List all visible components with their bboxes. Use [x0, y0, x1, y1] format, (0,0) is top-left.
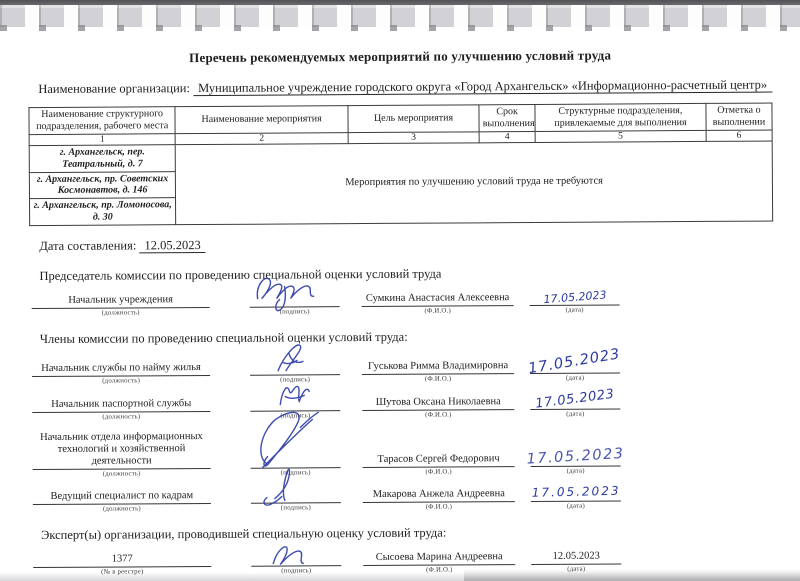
signature-caption: (подпись) — [280, 412, 310, 419]
name-value: Гуськова Римма Владимировна — [362, 360, 514, 375]
position-caption: (должность) — [102, 413, 140, 420]
date-caption: (дата) — [566, 375, 584, 382]
date-field: 17.05.2023 (дата) — [531, 486, 621, 510]
header-cell-measure: Наименование мероприятия — [175, 106, 348, 134]
position-value: Начальник отдела информационных технолог… — [32, 431, 210, 470]
document-title: Перечень рекомендуемых мероприятий по ул… — [0, 46, 800, 67]
document-page: Перечень рекомендуемых мероприятий по ул… — [0, 29, 800, 576]
compilation-date-line: Дата составления: 12.05.2023 — [39, 234, 800, 254]
date-field: 17.05.2023 (дата) — [531, 448, 621, 475]
member-signature-row: Начальник службы по найму жилья (должнос… — [32, 354, 800, 385]
handwritten-date: 17.05.2023 — [526, 445, 625, 467]
signature-caption: (подпись) — [281, 504, 311, 511]
position-value: Начальник службы по найму жилья — [32, 362, 210, 377]
binding-comb-hooks — [0, 25, 800, 31]
name-value: Макарова Анжела Андреевна — [363, 488, 515, 503]
position-caption: (должность) — [102, 378, 140, 385]
handwritten-date: 17.05.2023 — [535, 388, 616, 413]
binding-comb — [0, 0, 800, 34]
position-field: Начальник паспортной службы (должность) — [32, 398, 210, 421]
date-caption: (дата) — [566, 411, 584, 418]
signature-field: (подпись) — [251, 489, 341, 512]
header-cell-subdivision: Наименование структурного подразделения,… — [29, 107, 176, 134]
column-number: 6 — [706, 130, 772, 142]
name-caption: (Ф.И.О.) — [424, 308, 450, 315]
organization-name: Муниципальное учреждение городского окру… — [193, 78, 772, 97]
signature-caption: (подпись) — [281, 470, 311, 477]
member-signature-row: Начальник паспортной службы (должность) … — [32, 391, 800, 421]
date-caption: (дата) — [566, 307, 584, 314]
compilation-date-value: 12.05.2023 — [139, 238, 205, 253]
location-cell: г. Архангельск, пр. Ломоносова, д. 30 — [30, 198, 177, 225]
date-field: 17.05.2023 (дата) — [530, 355, 620, 382]
name-value: Тарасов Сергей Федорович — [363, 453, 515, 468]
chairman-heading: Председатель комиссии по проведению спец… — [39, 264, 800, 284]
compilation-date-label: Дата составления: — [39, 238, 136, 253]
signature-caption: (подпись) — [280, 376, 310, 383]
date-caption: (дата) — [567, 503, 585, 510]
name-field: Тарасов Сергей Федорович (Ф.И.О.) — [363, 453, 515, 476]
header-cell-involved: Структурные подразделения, привлекаемые … — [535, 103, 706, 131]
header-cell-mark: Отметка о выполнении — [706, 103, 772, 130]
name-caption: (Ф.И.О.) — [425, 412, 451, 419]
organization-label: Наименование организации: — [38, 81, 190, 96]
name-field: Сумкина Анастасия Алексеевна (Ф.И.О.) — [362, 293, 514, 316]
chairman-signature-row: Начальник учреждения (должность) (подпис… — [32, 290, 800, 317]
name-caption: (Ф.И.О.) — [425, 376, 451, 383]
handwritten-date: 17.05.2023 — [528, 347, 623, 379]
signature-field: (подпись) — [251, 454, 341, 477]
signature-field: (подпись) — [250, 294, 340, 317]
position-caption: (должность) — [102, 310, 140, 317]
table-row: г. Архангельск, пер. Театральный, д. 7 М… — [29, 141, 772, 172]
members-heading: Члены комиссии по проведению специальной… — [40, 328, 800, 348]
name-field: Гуськова Римма Владимировна (Ф.И.О.) — [362, 360, 514, 383]
experts-heading: Эксперт(ы) организации, проводившей спец… — [41, 523, 800, 543]
name-caption: (Ф.И.О.) — [426, 504, 452, 511]
name-value: Сысоева Марина Андреевна — [363, 551, 515, 566]
position-value: Начальник паспортной службы — [32, 398, 210, 413]
header-cell-purpose: Цель мероприятия — [348, 105, 480, 132]
signature-field: (подпись) — [250, 361, 340, 384]
note-cell: Мероприятия по улучшению условий труда н… — [176, 141, 773, 224]
organization-line: Наименование организации: Муниципальное … — [38, 77, 788, 97]
position-caption: (должность) — [103, 505, 141, 512]
name-value: Шутова Оксана Николаевна — [362, 396, 514, 411]
printed-date: 12.05.2023 — [553, 551, 600, 563]
name-caption: (Ф.И.О.) — [425, 469, 451, 476]
member-signature-row: Ведущий специалист по кадрам (должность)… — [33, 485, 800, 514]
position-field: Начальник отдела информационных технолог… — [32, 431, 210, 478]
signature-field: (подпись) — [250, 397, 340, 420]
measures-table: Наименование структурного подразделения,… — [28, 103, 773, 226]
date-field: 17.05.2023 (дата) — [530, 291, 620, 314]
name-field: Шутова Оксана Николаевна (Ф.И.О.) — [362, 396, 514, 419]
position-value: Начальник учреждения — [32, 294, 210, 309]
name-value: Сумкина Анастасия Алексеевна — [362, 293, 514, 308]
position-field: Начальник службы по найму жилья (должнос… — [32, 362, 210, 385]
binding-comb-teeth — [0, 5, 800, 27]
name-field: Макарова Анжела Андреевна (Ф.И.О.) — [363, 488, 515, 511]
column-number: 3 — [348, 131, 480, 143]
signature-guskova — [250, 340, 340, 381]
column-number: 4 — [479, 131, 535, 143]
registry-value: 1377 — [33, 553, 211, 568]
scan-shadow-right — [464, 569, 800, 581]
position-caption: (должность) — [103, 471, 141, 478]
location-cell: г. Архангельск, пр. Советских Космонавто… — [29, 171, 176, 198]
handwritten-date: 17.05.2023 — [543, 289, 607, 306]
position-field: Начальник учреждения (должность) — [32, 294, 210, 317]
member-signature-row: Начальник отдела информационных технолог… — [32, 427, 800, 478]
position-value: Ведущий специалист по кадрам — [33, 490, 211, 505]
header-cell-deadline: Срок выполнения — [479, 104, 535, 131]
date-field: 17.05.2023 (дата) — [530, 393, 620, 418]
signature-caption: (подпись) — [280, 309, 310, 316]
position-field: Ведущий специалист по кадрам (должность) — [33, 490, 211, 513]
column-number: 1 — [29, 133, 175, 145]
location-cell: г. Архангельск, пер. Театральный, д. 7 — [29, 145, 176, 172]
date-caption: (дата) — [567, 468, 585, 475]
handwritten-date: 17.05.2023 — [531, 485, 620, 501]
